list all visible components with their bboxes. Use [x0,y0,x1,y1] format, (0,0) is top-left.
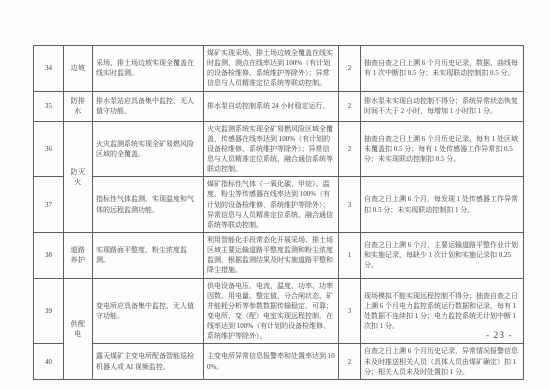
item-text: 火灾监测系统实现全矿易燃风险区域的全覆盖。 [93,121,204,177]
deduction-text: 自查之日上溯 6 个月历史记录，异常情况报警信息未及时推送相关人员（具体人员由煤… [361,344,524,379]
item-text: 排水泵站应具备集中监控、无人值守功能。 [93,91,204,121]
table-row: 38 道路养护 实现路面平整度、粉尘浓度监测。 利用智能化手段常态化开展采场、排… [34,232,524,278]
table-row: 37 指标性气体监测，实现温度和气体的远程监测功能。 煤矿指标性气体（一氧化碳、… [34,177,524,233]
deduction-text: 自查之日上溯 6 个月，主要运输道路平整作业计划和实施记录，每缺少 1 次计划和… [361,232,524,278]
deduction-text: 排水泵未实现自动控制不得分；系统异常状态恢复时间不大于 2 小时，每增加 1 小… [361,91,524,121]
score-value: 1 [339,232,361,278]
standard-text: 主变电所异常信息报警率和处置率达到 100%。 [204,344,339,379]
standard-text: 利用智能化手段常态化开展采场、排土场区域主要运输道路平整度监测和粉尘浓度监测，根… [204,232,339,278]
deduction-text: 抽查自查之日上溯 6 个月历史记录，数据、曲线每有 1 次中断扣 0.5 分；未… [361,46,524,92]
category-cell: 边坡 [64,46,93,92]
row-no: 34 [34,46,64,92]
table-row: 40 露天煤矿主变电所配备智能巡检机器人或 AI 视频监控。 主变电所异常信息报… [34,344,524,379]
standard-text: 煤矿指标性气体（一氧化碳、甲烷）、温度、粉尘等传感器在线率达到 100%（有计划… [204,177,339,233]
standard-text: 供电设备电压、电流、温度、功率、功率因数、用电量、整定值、分合闸状态、矿井能耗分… [204,278,339,344]
table-row: 39 供配电 变电所应具备集中监控、无人值守功能。 供电设备电压、电流、温度、功… [34,278,524,344]
category-cell: 防排水 [64,91,93,121]
row-no: 38 [34,232,64,278]
category-cell: 道路养护 [64,232,93,278]
score-value: 2 [339,46,361,92]
item-text: 采场、排土场边坡实现全覆盖在线实时监测。 [93,46,204,92]
deduction-text: 抽查自查之日上溯 6 个月历史记录，每有 1 处区域未覆盖扣 0.5 分；每有 … [361,121,524,177]
item-text: 指标性气体监测，实现温度和气体的远程监测功能。 [93,177,204,233]
row-no: 36 [34,121,64,177]
row-no: 39 [34,278,64,344]
row-no: 37 [34,177,64,233]
scanned-document-page: 34 边坡 采场、排土场边坡实现全覆盖在线实时监测。 煤矿实现采场、排土场边坡全… [0,0,550,389]
table-row: 34 边坡 采场、排土场边坡实现全覆盖在线实时监测。 煤矿实现采场、排土场边坡全… [34,46,524,92]
category-cell: 供配电 [64,278,93,379]
row-no: 40 [34,344,64,379]
item-text: 变电所应具备集中监控、无人值守功能。 [93,278,204,344]
score-value: 3 [339,278,361,344]
page-number: - 23 - [486,331,513,341]
standard-text: 火灾监测系统实现全矿易燃风险区域全覆盖，传感器在线率达到 100%（有计划的设备… [204,121,339,177]
score-value: 2 [339,344,361,379]
table-row: 36 防灭火 火灾监测系统实现全矿易燃风险区域的全覆盖。 火灾监测系统实现全矿易… [34,121,524,177]
item-text: 露天煤矿主变电所配备智能巡检机器人或 AI 视频监控。 [93,344,204,379]
score-value: 2 [339,121,361,177]
standard-text: 煤矿实现采场、排土场边坡全覆盖在线实时监测，测点在线率达到 100%（有计划的设… [204,46,339,92]
row-no: 35 [34,91,64,121]
category-cell: 防灭火 [64,121,93,232]
deduction-text: 自查之日上溯 6 个月，每发现 1 处传感器工作异常扣 0.5 分；未实现联动控… [361,177,524,233]
score-value: 2 [339,91,361,121]
item-text: 实现路面平整度、粉尘浓度监测。 [93,232,204,278]
table-row: 35 防排水 排水泵站应具备集中监控、无人值守功能。 排水泵自动控制系统 24 … [34,91,524,121]
score-value: 3 [339,177,361,233]
assessment-table: 34 边坡 采场、排土场边坡实现全覆盖在线实时监测。 煤矿实现采场、排土场边坡全… [33,45,524,380]
standard-text: 排水泵自动控制系统 24 小时稳定运行。 [204,91,339,121]
